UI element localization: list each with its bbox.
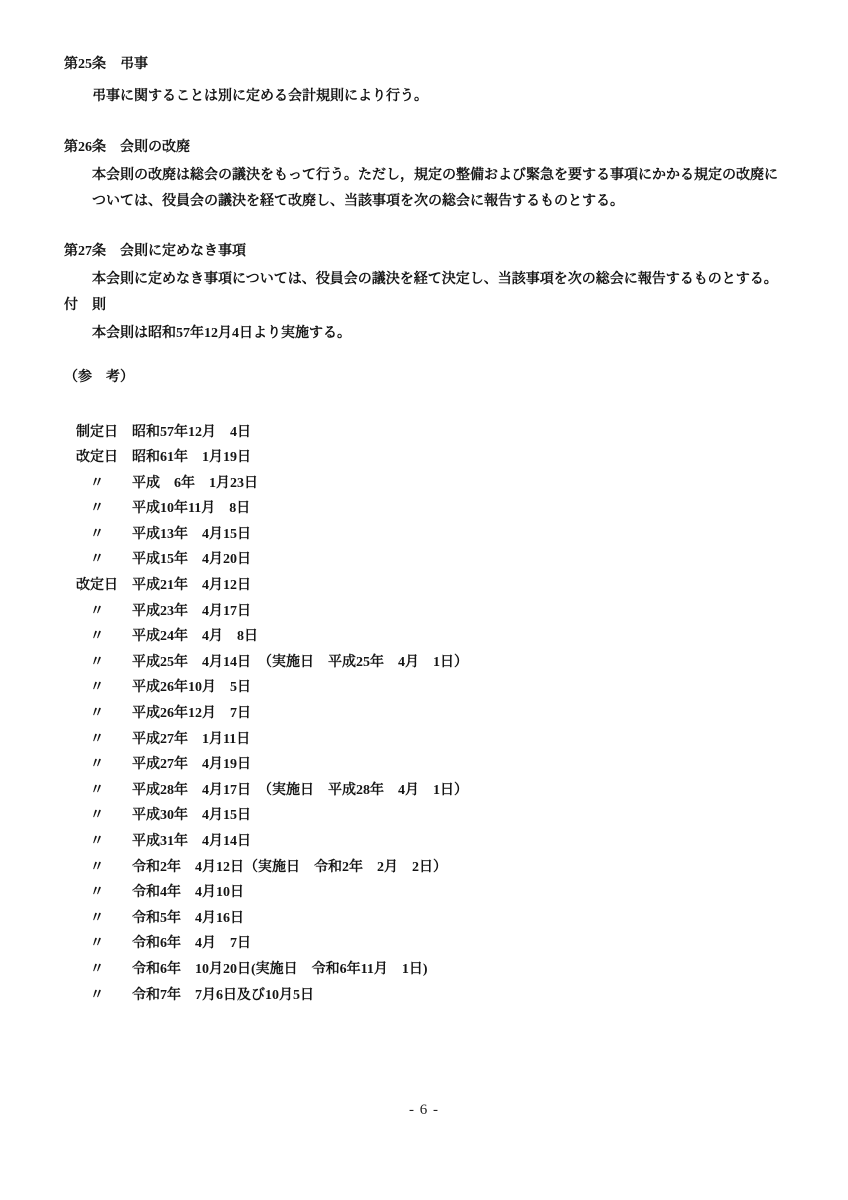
revision-entry-label: 〃 bbox=[75, 650, 119, 676]
revision-entry: 〃平成26年12月 7日 bbox=[64, 701, 784, 727]
revision-entry-date: 平成23年 4月17日 bbox=[132, 599, 251, 625]
revision-entry-date: 平成21年 4月12日 bbox=[132, 573, 251, 599]
article-heading: 第27条 会則に定めなき事項 bbox=[64, 239, 784, 265]
revision-entry: 〃平成10年11月 8日 bbox=[64, 496, 784, 522]
revision-entry-label: 〃 bbox=[75, 727, 119, 753]
revision-entry-date: 令和2年 4月12日（実施日 令和2年 2月 2日） bbox=[132, 855, 447, 881]
article-heading: 第25条 弔事 bbox=[64, 52, 784, 78]
revision-entry-date: 令和7年 7月6日及び10月5日 bbox=[132, 983, 314, 1009]
revision-entry: 〃令和5年 4月16日 bbox=[64, 906, 784, 932]
revision-entry: 〃平成23年 4月17日 bbox=[64, 599, 784, 625]
revision-entry: 〃平成27年 1月11日 bbox=[64, 727, 784, 753]
revision-entry-date: 平成26年10月 5日 bbox=[132, 675, 251, 701]
revision-entry: 〃平成 6年 1月23日 bbox=[64, 471, 784, 497]
revision-entry: 〃平成25年 4月14日 （実施日 平成25年 4月 1日） bbox=[64, 650, 784, 676]
revision-entry: 改定日昭和61年 1月19日 bbox=[64, 445, 784, 471]
article-block: 第25条 弔事弔事に関することは別に定める会計規則により行う。 bbox=[64, 52, 784, 111]
revision-entry-label: 〃 bbox=[75, 829, 119, 855]
revision-entry-label: 〃 bbox=[75, 624, 119, 650]
revision-entry-date: 平成10年11月 8日 bbox=[132, 496, 250, 522]
revision-entry: 〃平成15年 4月20日 bbox=[64, 547, 784, 573]
revision-entry-label: 〃 bbox=[75, 803, 119, 829]
article-body-text: 本会則に定めなき事項については、役員会の議決を経て決定し、当該事項を次の総会に報… bbox=[64, 267, 784, 294]
revision-entry: 制定日昭和57年12月 4日 bbox=[64, 420, 784, 446]
articles-section: 第25条 弔事弔事に関することは別に定める会計規則により行う。第26条 会則の改… bbox=[64, 52, 784, 348]
page-number: - 6 - bbox=[409, 1102, 439, 1118]
article-block: 付 則本会則は昭和57年12月4日より実施する。 bbox=[64, 293, 784, 348]
revision-entry-label: 改定日 bbox=[75, 445, 119, 471]
revision-entry: 〃平成31年 4月14日 bbox=[64, 829, 784, 855]
revision-entry: 〃平成30年 4月15日 bbox=[64, 803, 784, 829]
revision-entry: 〃平成26年10月 5日 bbox=[64, 675, 784, 701]
revision-entry-label: 制定日 bbox=[75, 420, 119, 446]
revision-entry-date: 平成15年 4月20日 bbox=[132, 547, 251, 573]
revision-entry: 〃令和7年 7月6日及び10月5日 bbox=[64, 983, 784, 1009]
revision-entry-label: 〃 bbox=[75, 701, 119, 727]
article-block: 第26条 会則の改廃本会則の改廃は総会の議決をもって行う。ただし，規定の整備およ… bbox=[64, 135, 784, 216]
page-content: 第25条 弔事弔事に関することは別に定める会計規則により行う。第26条 会則の改… bbox=[0, 0, 848, 1008]
revision-entry-date: 平成25年 4月14日 （実施日 平成25年 4月 1日） bbox=[132, 650, 468, 676]
revision-entry-date: 平成13年 4月15日 bbox=[132, 522, 251, 548]
revision-entry-date: 平成27年 1月11日 bbox=[132, 727, 250, 753]
revision-entry-date: 令和6年 4月 7日 bbox=[132, 931, 251, 957]
reference-title: （参 考） bbox=[64, 365, 784, 391]
revision-entry: 〃平成28年 4月17日 （実施日 平成28年 4月 1日） bbox=[64, 778, 784, 804]
article-heading: 第26条 会則の改廃 bbox=[64, 135, 784, 161]
revision-entry-date: 平成24年 4月 8日 bbox=[132, 624, 258, 650]
revision-entry-date: 昭和57年12月 4日 bbox=[132, 420, 251, 446]
revision-entry: 改定日平成21年 4月12日 bbox=[64, 573, 784, 599]
revision-entry-label: 〃 bbox=[75, 752, 119, 778]
revision-entry: 〃令和6年 10月20日(実施日 令和6年11月 1日) bbox=[64, 957, 784, 983]
revision-entry-label: 〃 bbox=[75, 855, 119, 881]
article-body-text: 本会則の改廃は総会の議決をもって行う。ただし，規定の整備および緊急を要する事項に… bbox=[64, 163, 784, 216]
page-footer: - 6 - bbox=[0, 1097, 848, 1124]
revision-entry-date: 令和4年 4月10日 bbox=[132, 880, 244, 906]
article-heading: 付 則 bbox=[64, 293, 784, 319]
revision-entry-label: 〃 bbox=[75, 599, 119, 625]
revision-entry: 〃令和6年 4月 7日 bbox=[64, 931, 784, 957]
revision-entry-label: 〃 bbox=[75, 522, 119, 548]
revision-entry-date: 平成28年 4月17日 （実施日 平成28年 4月 1日） bbox=[132, 778, 468, 804]
revision-entry-label: 〃 bbox=[75, 957, 119, 983]
revision-history-list: 制定日昭和57年12月 4日改定日昭和61年 1月19日〃平成 6年 1月23日… bbox=[64, 420, 784, 1009]
revision-entry: 〃令和4年 4月10日 bbox=[64, 880, 784, 906]
revision-entry-label: 〃 bbox=[75, 496, 119, 522]
revision-entry-date: 平成26年12月 7日 bbox=[132, 701, 251, 727]
revision-entry-label: 〃 bbox=[75, 471, 119, 497]
document-page: 第25条 弔事弔事に関することは別に定める会計規則により行う。第26条 会則の改… bbox=[0, 0, 848, 1200]
article-block: 第27条 会則に定めなき事項本会則に定めなき事項については、役員会の議決を経て決… bbox=[64, 239, 784, 294]
article-body-text: 弔事に関することは別に定める会計規則により行う。 bbox=[64, 84, 784, 111]
revision-entry: 〃平成27年 4月19日 bbox=[64, 752, 784, 778]
revision-entry-label: 〃 bbox=[75, 880, 119, 906]
revision-entry-date: 平成27年 4月19日 bbox=[132, 752, 251, 778]
revision-entry-date: 平成31年 4月14日 bbox=[132, 829, 251, 855]
revision-entry-date: 平成 6年 1月23日 bbox=[132, 471, 258, 497]
revision-entry-label: 〃 bbox=[75, 778, 119, 804]
revision-entry: 〃平成13年 4月15日 bbox=[64, 522, 784, 548]
revision-entry-label: 〃 bbox=[75, 547, 119, 573]
revision-entry-label: 〃 bbox=[75, 675, 119, 701]
article-body-text: 本会則は昭和57年12月4日より実施する。 bbox=[64, 321, 784, 348]
revision-entry-date: 令和6年 10月20日(実施日 令和6年11月 1日) bbox=[132, 957, 428, 983]
revision-entry: 〃平成24年 4月 8日 bbox=[64, 624, 784, 650]
revision-entry-label: 〃 bbox=[75, 983, 119, 1009]
revision-entry-label: 〃 bbox=[75, 931, 119, 957]
revision-entry-date: 昭和61年 1月19日 bbox=[132, 445, 251, 471]
revision-entry: 〃令和2年 4月12日（実施日 令和2年 2月 2日） bbox=[64, 855, 784, 881]
revision-entry-label: 改定日 bbox=[75, 573, 119, 599]
revision-entry-label: 〃 bbox=[75, 906, 119, 932]
revision-entry-date: 令和5年 4月16日 bbox=[132, 906, 244, 932]
revision-entry-date: 平成30年 4月15日 bbox=[132, 803, 251, 829]
